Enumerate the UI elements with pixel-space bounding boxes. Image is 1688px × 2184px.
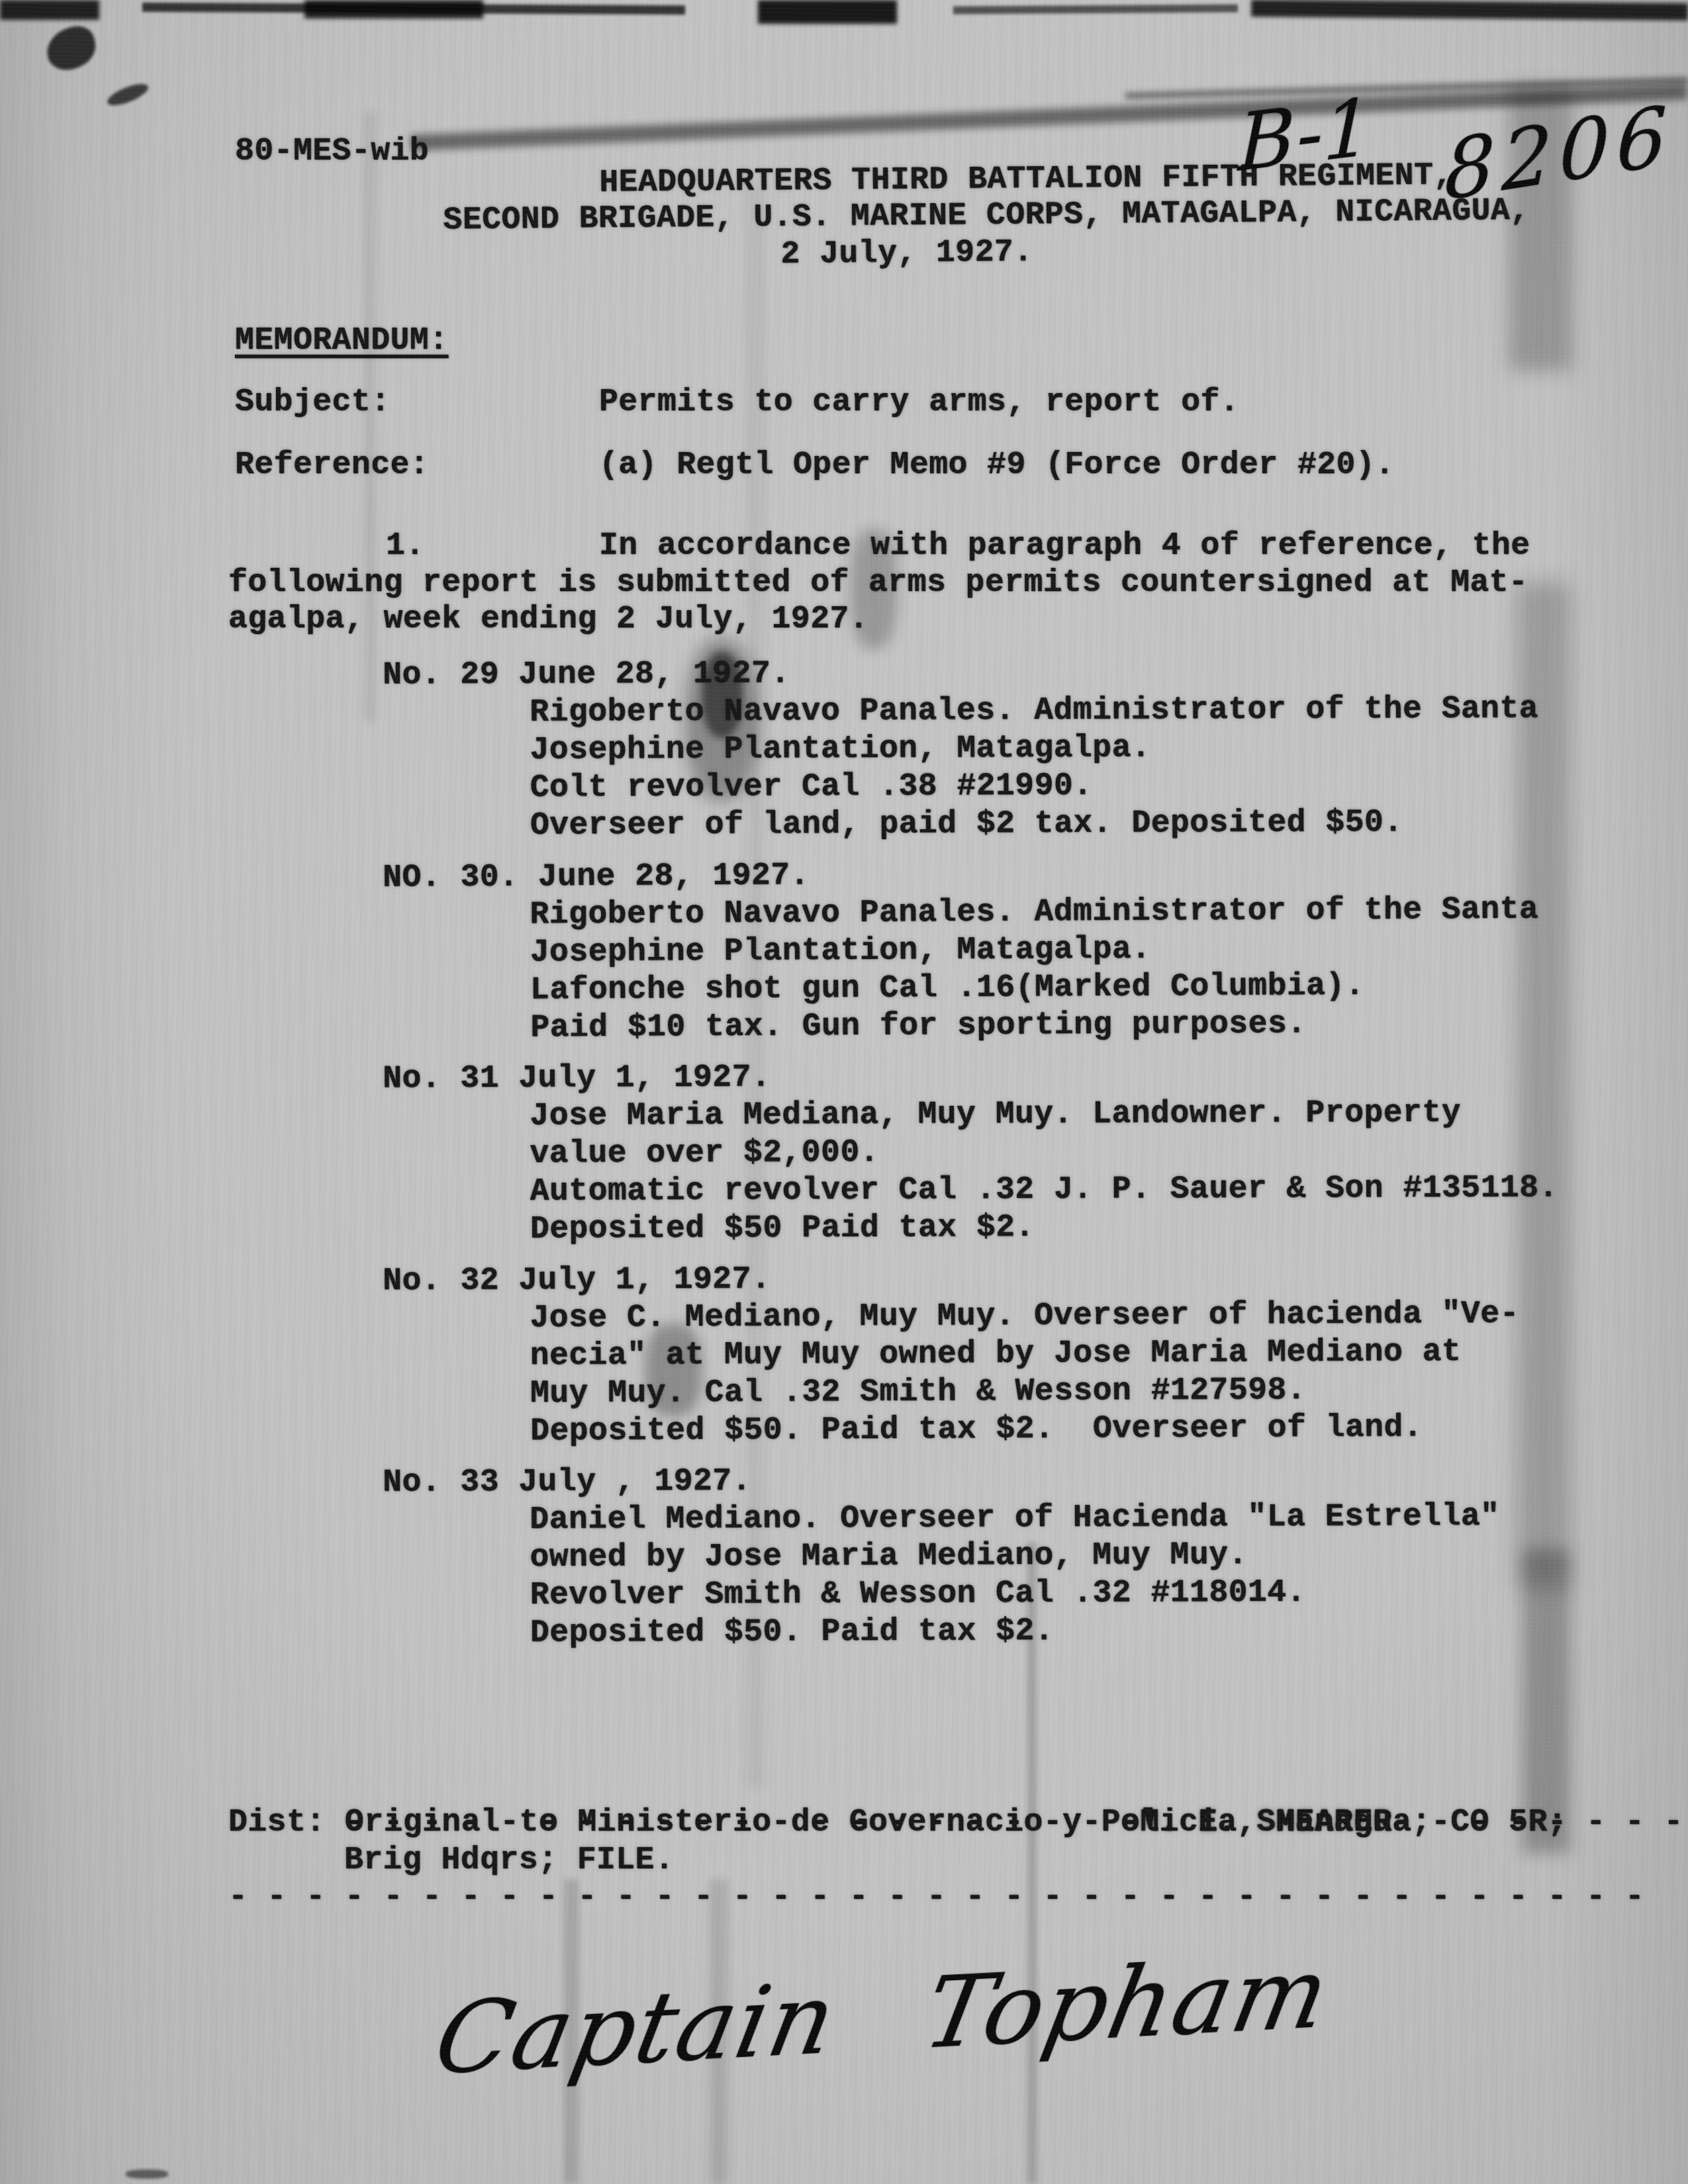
permit-line: Rigoberto Navavo Panales. Administrator … xyxy=(530,891,1538,934)
permit-heading: No. 33 July , 1927. xyxy=(383,1463,751,1502)
permit-line: Jose C. Mediano, Muy Muy. Overseer of ha… xyxy=(530,1296,1519,1338)
typed-content-layer: 80-MES-wib HEADQUARTERS THIRD BATTALION … xyxy=(0,0,1688,2184)
permit-line: Rigoberto Navavo Panales. Administrator … xyxy=(530,690,1538,731)
subject-label: Subject: xyxy=(235,384,390,422)
permit-line: Josephine Plantation, Matagalpa. xyxy=(530,728,1538,769)
permit-line: Muy Muy. Cal .32 Smith & Wesson #127598. xyxy=(530,1371,1520,1414)
permit-line: necia" at Muy Muy owned by Jose Maria Me… xyxy=(530,1334,1520,1376)
handwritten-annotation-b1: B-1 xyxy=(1238,81,1374,189)
scanned-document-page: 80-MES-wib HEADQUARTERS THIRD BATTALION … xyxy=(0,0,1688,2184)
letterhead-line-3: 2 July, 1927. xyxy=(780,234,1033,273)
memorandum-heading: MEMORANDUM: xyxy=(235,322,448,360)
permit-line: Josephine Plantation, Matagalpa. xyxy=(530,929,1539,972)
permit-heading: NO. 30. June 28, 1927. xyxy=(383,857,810,897)
permit-heading: No. 31 July 1, 1927. xyxy=(383,1059,771,1098)
subject-value: Permits to carry arms, report of. xyxy=(599,384,1239,422)
bottom-divider-line: - - - - - - - - - - - - - - - - - - - - … xyxy=(228,1879,1644,1917)
permit-entry-33: No. 33 July , 1927. Daniel Mediano. Over… xyxy=(0,1460,1688,1466)
permit-entry-29: No. 29 June 28, 1927. Rigoberto Navavo P… xyxy=(0,653,1688,659)
permit-line: value over $2,000. xyxy=(530,1132,1558,1173)
permit-line: owned by Jose Maria Mediano, Muy Muy. xyxy=(530,1536,1499,1577)
handwritten-annotation-serial: 8206 xyxy=(1444,87,1675,219)
reference-label: Reference: xyxy=(235,447,429,484)
permit-line: Daniel Mediano. Overseer of Hacienda "La… xyxy=(530,1498,1499,1539)
paragraph-1-number: 1. xyxy=(386,527,425,565)
permit-entry-30: NO. 30. June 28, 1927. Rigoberto Navavo … xyxy=(0,852,1688,861)
permit-line: Automatic revolver Cal .32 J. P. Sauer &… xyxy=(530,1169,1558,1210)
permit-line: Deposited $50 Paid tax $2. xyxy=(530,1207,1558,1248)
distribution-line-2: Brig Hdqrs; FILE. xyxy=(344,1842,674,1880)
permit-heading: No. 29 June 28, 1927. xyxy=(383,655,790,694)
permit-line: Overseer of land, paid $2 tax. Deposited… xyxy=(530,803,1539,844)
permit-line: Colt revolver Cal .38 #21990. xyxy=(530,766,1539,807)
permit-line: Deposited $50. Paid tax $2. xyxy=(530,1612,1500,1653)
paragraph-1-line-1: In accordance with paragraph 4 of refere… xyxy=(599,527,1530,565)
permit-line: Jose Maria Mediana, Muy Muy. Landowner. … xyxy=(530,1094,1558,1135)
distribution-line-1: Dist: Original to Ministerio de Governac… xyxy=(228,1804,1567,1842)
permit-heading: No. 32 July 1, 1927. xyxy=(383,1261,771,1300)
permit-line: Paid $10 tax. Gun for sporting purposes. xyxy=(530,1005,1539,1048)
permit-line: Revolver Smith & Wesson Cal .32 #118014. xyxy=(530,1574,1500,1615)
reference-value: (a) Regtl Oper Memo #9 (Force Order #20)… xyxy=(599,447,1395,484)
file-reference: 80-MES-wib xyxy=(235,133,429,171)
permit-entry-31: No. 31 July 1, 1927. Jose Maria Mediana,… xyxy=(0,1056,1688,1062)
handwritten-signature: Captain Topham xyxy=(426,1935,1339,2097)
paragraph-1-line-3: agalpa, week ending 2 July, 1927. xyxy=(228,601,868,639)
permit-line: Lafonche shot gun Cal .16(Marked Columbi… xyxy=(530,967,1539,1010)
permit-entry-32: No. 32 July 1, 1927. Jose C. Mediano, Mu… xyxy=(0,1257,1688,1264)
permit-line: Deposited $50. Paid tax $2. Overseer of … xyxy=(530,1409,1520,1451)
paragraph-1-line-2: following report is submitted of arms pe… xyxy=(228,565,1528,602)
